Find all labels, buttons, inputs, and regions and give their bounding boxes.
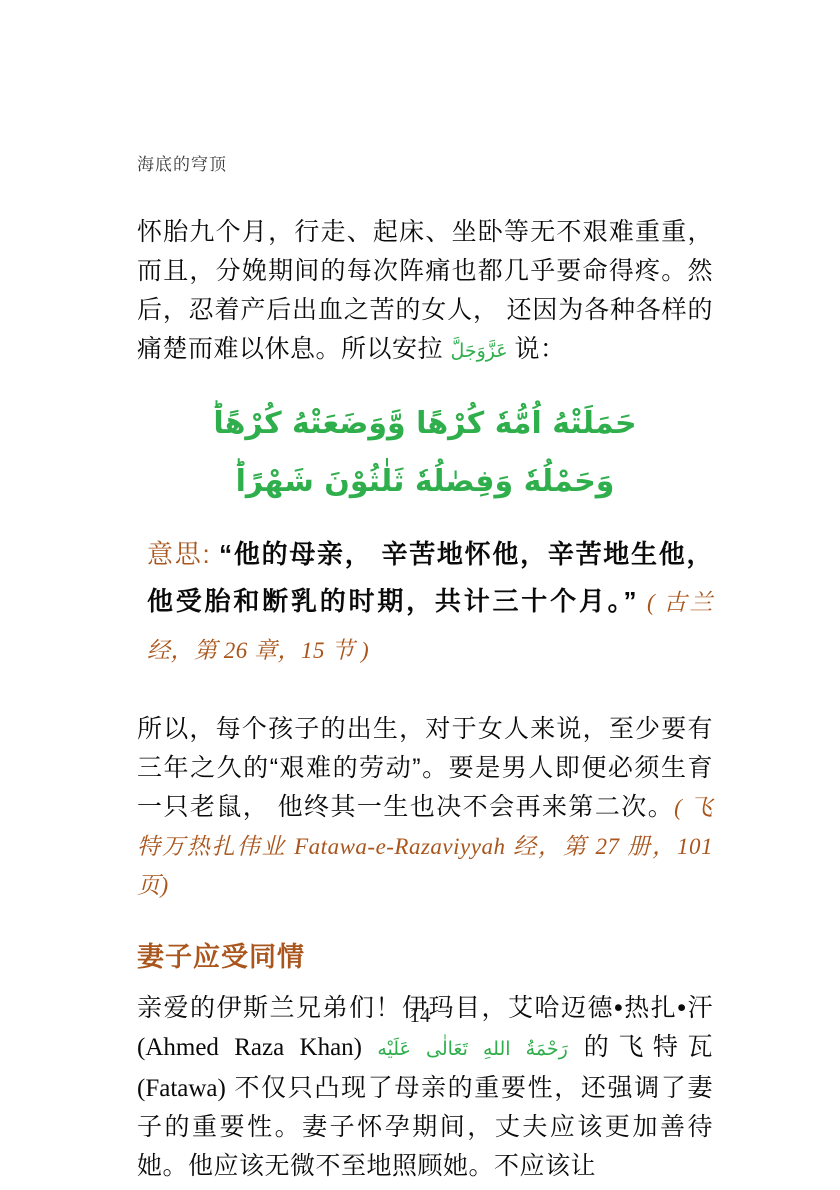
rahmatullah-honorific-arabic-icon: رَحْمَةُ اللهِ تَعَالٰى عَلَيْه [377, 1038, 567, 1060]
translation-quote-text: “他的母亲， 辛苦地怀他，辛苦地生他，他受胎和断乳的时期，共计三十个月。” [147, 539, 713, 616]
allah-honorific-arabic-icon: عَزَّوَجَلَّ [450, 340, 507, 362]
section-heading-wife-sympathy: 妻子应受同情 [137, 939, 713, 975]
p1-text-before: 怀胎九个月，行走、起床、坐卧等无不艰难重重，而且，分娩期间的每次阵痛也都几乎要命… [137, 218, 713, 363]
paragraph-childbirth-labour: 所以，每个孩子的出生，对于女人来说，至少要有三年之久的“艰难的劳动”。要是男人即… [137, 710, 713, 905]
p1-text-after: 说： [508, 335, 566, 363]
document-page: 海底的穹顶 怀胎九个月，行走、起床、坐卧等无不艰难重重，而且，分娩期间的每次阵痛… [0, 0, 840, 1190]
quran-verse-line-2: وَحَمْلُهٗ وَفِصٰلُهٗ ثَلٰثُوْنَ شَهْرًا… [137, 453, 713, 511]
verse-translation-block: 意思: “他的母亲， 辛苦地怀他，辛苦地生他，他受胎和断乳的时期，共计三十个月。… [137, 531, 713, 674]
p3-text-2: 的飞特瓦 [568, 1033, 713, 1061]
running-header: 海底的穹顶 [137, 153, 713, 177]
page-number: 14 [0, 1003, 840, 1028]
translation-label: 意思: [147, 539, 219, 569]
p2-text: 所以，每个孩子的出生，对于女人来说，至少要有三年之久的“艰难的劳动”。要是男人即… [137, 715, 713, 821]
quran-verse-line-1: حَمَلَتْهُ اُمُّهٗ كُرْهًا وَّوَضَعَتْهُ… [137, 395, 713, 453]
p3-latin-fatawa: (Fatawa) [137, 1075, 226, 1102]
quran-verse-block: حَمَلَتْهُ اُمُّهٗ كُرْهًا وَّوَضَعَتْهُ… [137, 395, 713, 511]
p3-latin-ahmed-raza-khan: (Ahmed Raza Khan) [137, 1034, 377, 1061]
paragraph-pregnancy-hardship: 怀胎九个月，行走、起床、坐卧等无不艰难重重，而且，分娩期间的每次阵痛也都几乎要命… [137, 213, 713, 371]
